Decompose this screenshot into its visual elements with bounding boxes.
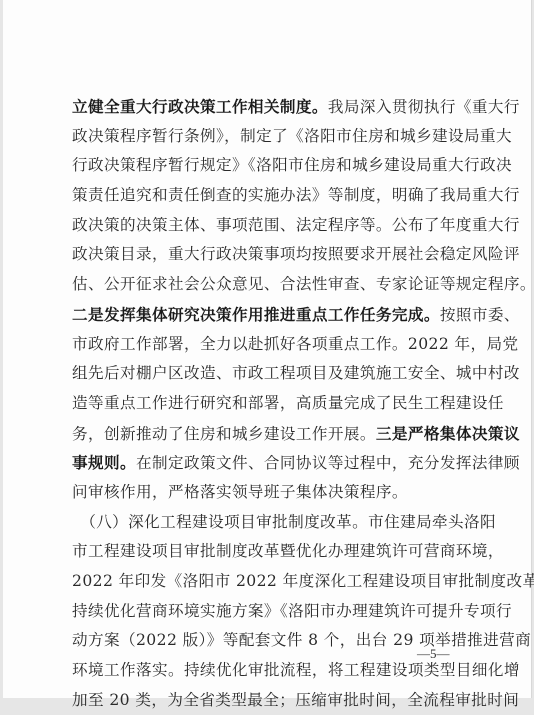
bold-heading: 二是发挥集体研究决策作用推进重点工作任务完成。 xyxy=(72,305,440,324)
line-text: 政决策程序暂行条例》，制定了《洛阳市住房和城乡建设局重大 xyxy=(72,127,512,145)
line-text: 2022 年印发《洛阳市 2022 年度深化工程建设项目审批制度改革 xyxy=(72,572,534,590)
section-heading: （八）深化工程建设项目审批制度改革。市住建局牵头洛阳 xyxy=(72,513,496,531)
line-text: 务，创新推动了住房和城乡建设工作开展。 xyxy=(72,425,376,443)
line-text: 持续优化营商环境实施方案》《洛阳市办理建筑许可提升专项行 xyxy=(72,602,512,620)
line-text: 行政决策程序暂行规定》《洛阳市住房和城乡建设局重大行政决 xyxy=(72,156,512,174)
text-line: 政决策目录，重大行政决策事项均按照要求开展社会稳定风险评 xyxy=(72,240,464,270)
line-text: 市工程建设项目审批制度改革暨优化办理建筑许可营商环境， xyxy=(72,542,504,560)
text-line: 政决策的决策主体、事项范围、法定程序等。公布了年度重大行 xyxy=(72,211,464,241)
line-text: 市政府工作部署，全力以赴抓好各项重点工作。2022 年，局党 xyxy=(72,335,519,353)
text-line: 2022 年印发《洛阳市 2022 年度深化工程建设项目审批制度改革 xyxy=(72,567,464,597)
text-line: 二是发挥集体研究决策作用推进重点工作任务完成。按照市委、 xyxy=(72,300,464,330)
text-line: 市工程建设项目审批制度改革暨优化办理建筑许可营商环境， xyxy=(72,537,464,567)
text-line: 动方案（2022 版）》等配套文件 8 个，出台 29 项举措推进营商 xyxy=(72,626,464,656)
text-line: 市政府工作部署，全力以赴抓好各项重点工作。2022 年，局党 xyxy=(72,330,464,360)
bold-heading: 事规则。 xyxy=(72,453,136,472)
text-line: 问审核作用，严格落实领导班子集体决策程序。 xyxy=(72,478,464,508)
bold-heading: 三是严格集体决策议 xyxy=(376,424,520,443)
text-line: 行政决策程序暂行规定》《洛阳市住房和城乡建设局重大行政决 xyxy=(72,151,464,181)
line-text: 政决策目录，重大行政决策事项均按照要求开展社会稳定风险评 xyxy=(72,245,520,263)
line-text: 动方案（2022 版）》等配套文件 8 个，出台 29 项举措推进营商 xyxy=(72,631,531,649)
text-line: 政决策程序暂行条例》，制定了《洛阳市住房和城乡建设局重大 xyxy=(72,122,464,152)
line-text: 按照市委、 xyxy=(440,306,520,324)
line-text: 环境工作落实。持续优化审批流程，将工程建设项类型目细化增 xyxy=(72,661,520,679)
line-text: 策责任追究和责任倒查的实施办法》等制度，明确了我局重大行 xyxy=(72,186,520,204)
text-line: （八）深化工程建设项目审批制度改革。市住建局牵头洛阳 xyxy=(72,508,464,538)
text-line: 加至 20 类，为全省类型最全；压缩审批时间，全流程审批时间 xyxy=(72,686,464,702)
text-line: 持续优化营商环境实施方案》《洛阳市办理建筑许可提升专项行 xyxy=(72,597,464,627)
line-text: 造等重点工作进行研究和部署，高质量完成了民生工程建设任 xyxy=(72,394,504,412)
line-text: 问审核作用，严格落实领导班子集体决策程序。 xyxy=(72,483,408,501)
line-text: 组先后对棚户区改造、市政工程项目及建筑施工安全、城中村改 xyxy=(72,364,520,382)
text-line: 立健全重大行政决策工作相关制度。我局深入贯彻执行《重大行 xyxy=(72,92,464,122)
body-text: 立健全重大行政决策工作相关制度。我局深入贯彻执行《重大行 政决策程序暂行条例》，… xyxy=(72,92,464,702)
line-text: 政决策的决策主体、事项范围、法定程序等。公布了年度重大行 xyxy=(72,216,520,234)
text-line: 估、公开征求社会公众意见、合法性审查、专家论证等规定程序。 xyxy=(72,270,464,300)
text-line: 事规则。在制定政策文件、合同协议等过程中，充分发挥法律顾 xyxy=(72,448,464,478)
text-line: 造等重点工作进行研究和部署，高质量完成了民生工程建设任 xyxy=(72,389,464,419)
line-text: 在制定政策文件、合同协议等过程中，充分发挥法律顾 xyxy=(136,454,520,472)
text-line: 组先后对棚户区改造、市政工程项目及建筑施工安全、城中村改 xyxy=(72,359,464,389)
page-number: —5— xyxy=(417,646,450,662)
line-text: 加至 20 类，为全省类型最全；压缩审批时间，全流程审批时间 xyxy=(72,691,519,702)
text-line: 策责任追究和责任倒查的实施办法》等制度，明确了我局重大行 xyxy=(72,181,464,211)
line-text: 估、公开征求社会公众意见、合法性审查、专家论证等规定程序。 xyxy=(72,275,534,293)
line-text: 我局深入贯彻执行《重大行 xyxy=(328,98,520,116)
text-line: 务，创新推动了住房和城乡建设工作开展。三是严格集体决策议 xyxy=(72,419,464,449)
document-page: 立健全重大行政决策工作相关制度。我局深入贯彻执行《重大行 政决策程序暂行条例》，… xyxy=(3,0,532,698)
bold-heading: 立健全重大行政决策工作相关制度。 xyxy=(72,97,328,116)
text-line: 环境工作落实。持续优化审批流程，将工程建设项类型目细化增 xyxy=(72,656,464,686)
